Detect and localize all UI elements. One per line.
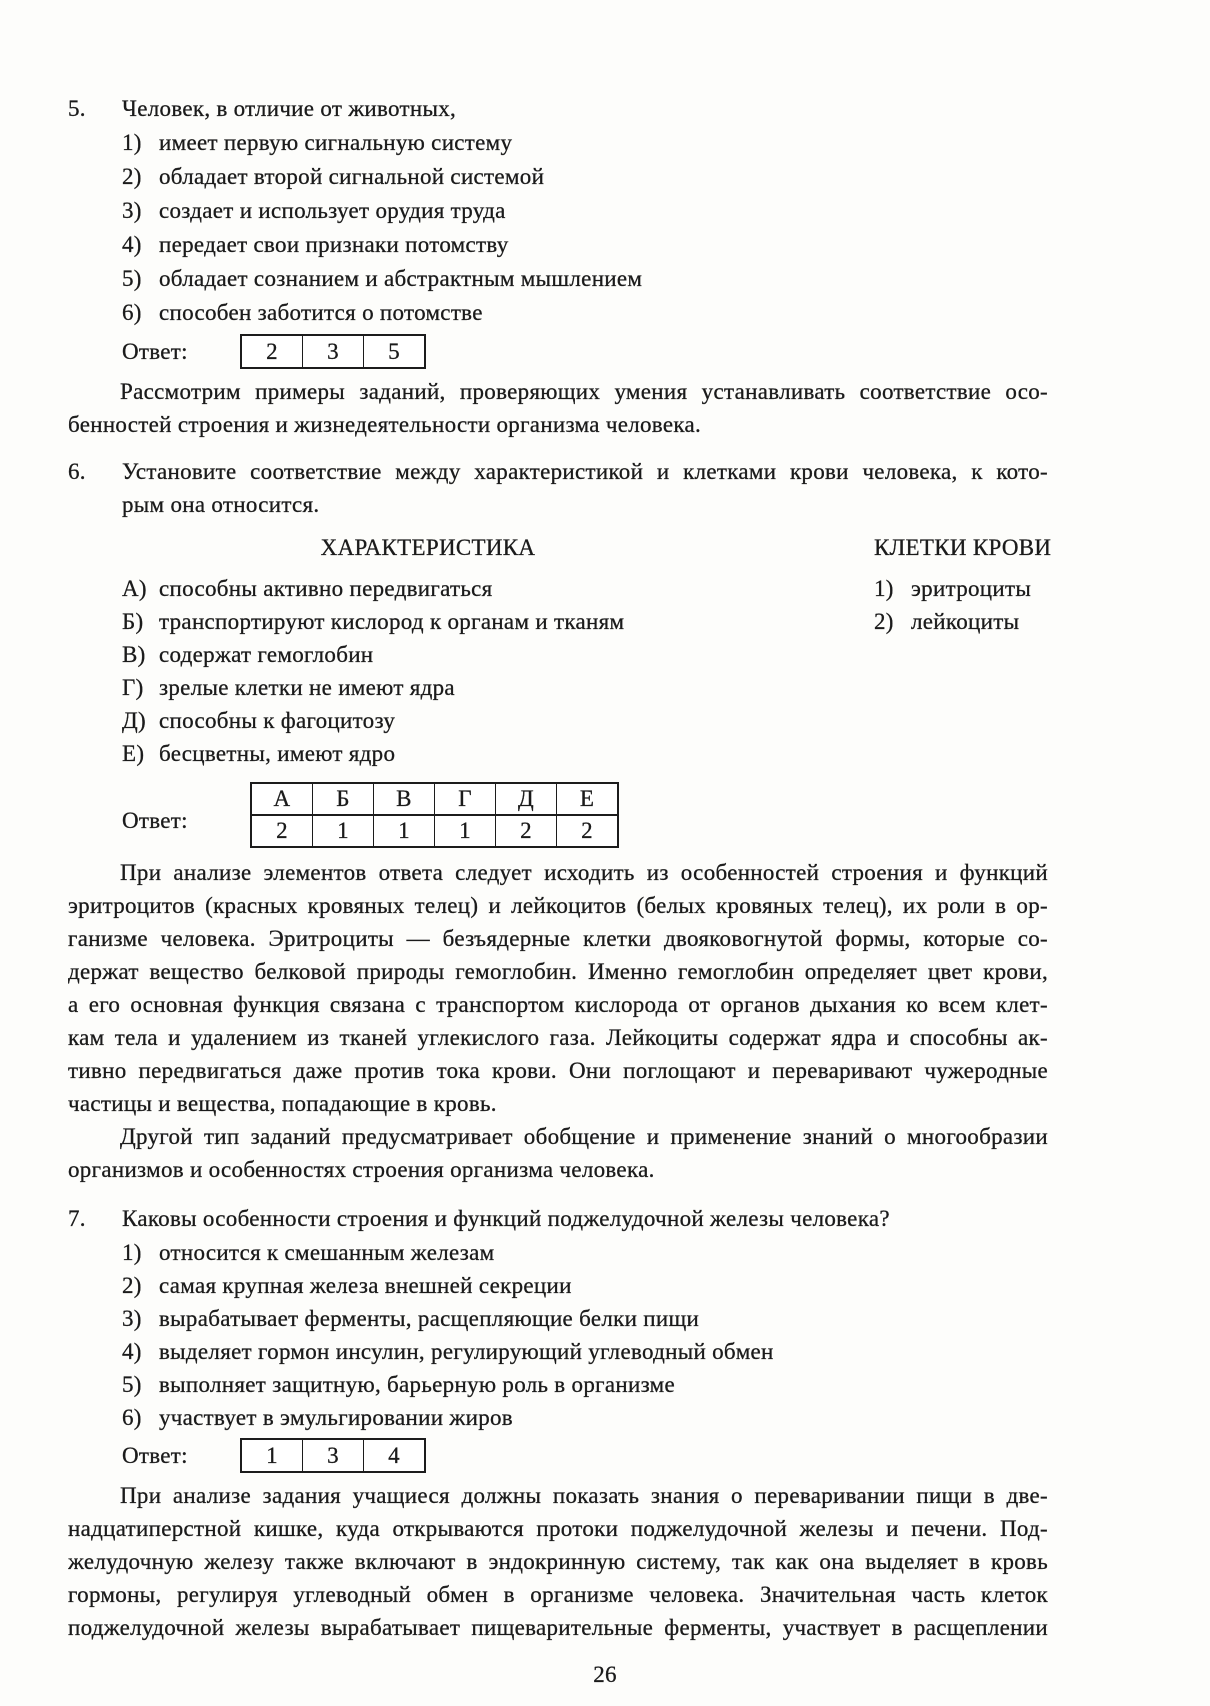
option-number: 3) [122, 1302, 159, 1335]
option-row: Г)зрелые клетки не имеют ядра [122, 671, 874, 704]
option-text: относится к смешанным железам [159, 1236, 495, 1269]
text-line: Другой тип заданий предусматривает обобщ… [68, 1120, 1048, 1153]
option-text: самая крупная железа внешней секреции [159, 1269, 572, 1302]
question-7: 7. Каковы особенности строения и функций… [68, 1202, 1048, 1473]
question-7-stem: Каковы особенности строения и функций по… [122, 1202, 1048, 1236]
option-text: зрелые клетки не имеют ядра [159, 671, 455, 704]
option-row: 1)имеет первую сигнальную систему [122, 126, 1048, 160]
answer-table-header-row: АБВГДЕ [252, 784, 617, 816]
question-7-answer-row: Ответ: 134 [122, 1438, 1048, 1473]
option-text: участвует в эмульгировании жиров [159, 1401, 513, 1434]
question-6-answer-table: АБВГДЕ 211122 [250, 782, 619, 848]
option-row: А)способны активно передвигаться [122, 572, 874, 605]
option-number: 2) [122, 1269, 159, 1302]
matching-columns: ХАРАКТЕРИСТИКА А)способны активно передв… [122, 531, 1048, 770]
matching-right-header: КЛЕТКИ КРОВИ [874, 531, 1051, 564]
option-text: способны активно передвигаться [159, 572, 493, 605]
question-7-number: 7. [68, 1202, 122, 1236]
option-text: вырабатывает ферменты, расщепляющие белк… [159, 1302, 699, 1335]
option-number: 4) [122, 1335, 159, 1368]
text-line: надцатиперстной кишке, куда открываются … [68, 1512, 1048, 1545]
question-6-number: 6. [68, 455, 122, 521]
option-text: содержат гемоглобин [159, 638, 373, 671]
option-row: 5)обладает сознанием и абстрактным мышле… [122, 262, 1048, 296]
option-text: выделяет гормон инсулин, регулирующий уг… [159, 1335, 774, 1368]
text-line: Рассмотрим примеры заданий, проверяющих … [68, 375, 1048, 408]
answer-cell: 5 [364, 336, 424, 367]
option-number: 1) [122, 126, 159, 160]
answer-cell: А [252, 784, 313, 816]
matching-right-column: КЛЕТКИ КРОВИ 1)эритроциты2)лейкоциты [874, 531, 1051, 770]
option-row: 1)относится к смешанным железам [122, 1236, 1048, 1269]
option-number: 1) [874, 572, 911, 605]
option-number: 5) [122, 262, 159, 296]
option-number: Г) [122, 671, 159, 704]
text-line: Установите соответствие между характерис… [122, 455, 1048, 488]
option-number: 6) [122, 296, 159, 330]
question-7-options: 1)относится к смешанным железам2)самая к… [122, 1236, 1048, 1434]
answer-cell: Д [496, 784, 557, 816]
answer-table-value-row: 211122 [252, 816, 617, 846]
option-text: способен заботится о потомстве [159, 296, 483, 330]
option-text: лейкоциты [911, 605, 1019, 638]
paragraph-other-type: Другой тип заданий предусматривает обобщ… [68, 1120, 1048, 1186]
option-number: Б) [122, 605, 159, 638]
option-text: имеет первую сигнальную систему [159, 126, 512, 160]
answer-cell: В [374, 784, 435, 816]
answer-cell: 3 [303, 1440, 364, 1471]
option-row: 4)передает свои признаки потомству [122, 228, 1048, 262]
answer-cell: 2 [496, 816, 557, 846]
question-5-answer-row: Ответ: 235 [122, 334, 1048, 369]
answer-label: Ответ: [122, 1439, 240, 1473]
scanned-book-page: { "labels": { "answer": "Ответ:" }, "pag… [0, 0, 1210, 1706]
option-row: 3)вырабатывает ферменты, расщепляющие бе… [122, 1302, 1048, 1335]
option-text: создает и использует орудия труда [159, 194, 506, 228]
answer-cell: 1 [313, 816, 374, 846]
text-line: кам тела и удалением из тканей углекисло… [68, 1021, 1048, 1054]
question-6: 6. Установите соответствие между характе… [68, 455, 1048, 848]
page-content: 5. Человек, в отличие от животных, 1)име… [0, 0, 1210, 1644]
text-line: ганизме человека. Эритроциты — безъядерн… [68, 922, 1048, 955]
option-number: Е) [122, 737, 159, 770]
option-text: обладает сознанием и абстрактным мышлени… [159, 262, 642, 296]
matching-left-column: ХАРАКТЕРИСТИКА А)способны активно передв… [122, 531, 874, 770]
question-5-answer-box: 235 [240, 334, 426, 369]
option-row: 2)лейкоциты [874, 605, 1051, 638]
option-text: передает свои признаки потомству [159, 228, 509, 262]
option-row: 1)эритроциты [874, 572, 1051, 605]
text-line: тивно передвигаться даже против тока кро… [68, 1054, 1048, 1087]
answer-cell: Е [557, 784, 617, 816]
option-row: 5)выполняет защитную, барьерную роль в о… [122, 1368, 1048, 1401]
page-footer: 26 [0, 1658, 1210, 1691]
option-number: 3) [122, 194, 159, 228]
option-text: обладает второй сигнальной системой [159, 160, 544, 194]
paragraph-intro-matching: Рассмотрим примеры заданий, проверяющих … [68, 375, 1048, 441]
answer-cell: 3 [303, 336, 364, 367]
option-number: 6) [122, 1401, 159, 1434]
option-row: 2)обладает второй сигнальной системой [122, 160, 1048, 194]
answer-cell: 1 [242, 1440, 303, 1471]
option-row: 3)создает и использует орудия труда [122, 194, 1048, 228]
answer-cell: 1 [374, 816, 435, 846]
paragraph-erythrocytes: При анализе элементов ответа следует исх… [68, 856, 1048, 1120]
text-line: а его основная функция связана с транспо… [68, 988, 1048, 1021]
text-line: гормоны, регулируя углеводный обмен в ор… [68, 1578, 1048, 1611]
answer-cell: Б [313, 784, 374, 816]
text-line: При анализе элементов ответа следует исх… [68, 856, 1048, 889]
answer-cell: 2 [557, 816, 617, 846]
question-5-number: 5. [68, 92, 122, 126]
option-number: 1) [122, 1236, 159, 1269]
option-number: А) [122, 572, 159, 605]
question-6-answer-row: Ответ: АБВГДЕ 211122 [122, 782, 1048, 848]
question-7-answer-box: 134 [240, 1438, 426, 1473]
question-5: 5. Человек, в отличие от животных, 1)име… [68, 92, 1048, 369]
option-row: 6)способен заботится о потомстве [122, 296, 1048, 330]
option-number: 5) [122, 1368, 159, 1401]
question-5-stem: Человек, в отличие от животных, [122, 92, 1048, 126]
option-row: В)содержат гемоглобин [122, 638, 874, 671]
page-number: 26 [593, 1658, 617, 1691]
answer-label: Ответ: [122, 804, 250, 838]
option-number: Д) [122, 704, 159, 737]
matching-left-header: ХАРАКТЕРИСТИКА [122, 531, 734, 564]
option-row: Б)транспортируют кислород к органам и тк… [122, 605, 874, 638]
text-line: бенностей строения и жизнедеятельности о… [68, 408, 1048, 441]
text-line: организмов и особенностях строения орган… [68, 1153, 1048, 1186]
matching-left-items: А)способны активно передвигатьсяБ)трансп… [122, 572, 874, 770]
text-line: желудочную железу также включают в эндок… [68, 1545, 1048, 1578]
text-line: эритроцитов (красных кровяных телец) и л… [68, 889, 1048, 922]
option-row: Д)способны к фагоцитозу [122, 704, 874, 737]
option-number: В) [122, 638, 159, 671]
question-5-options: 1)имеет первую сигнальную систему2)облад… [122, 126, 1048, 330]
option-text: способны к фагоцитозу [159, 704, 395, 737]
answer-cell: 4 [364, 1440, 424, 1471]
answer-label: Ответ: [122, 335, 240, 369]
option-text: эритроциты [911, 572, 1031, 605]
answer-cell: 2 [242, 336, 303, 367]
option-text: выполняет защитную, барьерную роль в орг… [159, 1368, 675, 1401]
text-line: держат вещество белковой природы гемогло… [68, 955, 1048, 988]
text-line: рым она относится. [122, 488, 1048, 521]
text-line: частицы и вещества, попадающие в кровь. [68, 1087, 1048, 1120]
option-text: транспортируют кислород к органам и ткан… [159, 605, 624, 638]
option-row: 4)выделяет гормон инсулин, регулирующий … [122, 1335, 1048, 1368]
option-number: 2) [122, 160, 159, 194]
option-number: 4) [122, 228, 159, 262]
option-row: Е)бесцветны, имеют ядро [122, 737, 874, 770]
option-row: 2)самая крупная железа внешней секреции [122, 1269, 1048, 1302]
answer-cell: Г [435, 784, 496, 816]
text-line: поджелудочной железы вырабатывает пищева… [68, 1611, 1048, 1644]
answer-cell: 2 [252, 816, 313, 846]
paragraph-pancreas: При анализе задания учащиеся должны пока… [68, 1479, 1048, 1644]
text-line: При анализе задания учащиеся должны пока… [68, 1479, 1048, 1512]
answer-cell: 1 [435, 816, 496, 846]
option-text: бесцветны, имеют ядро [159, 737, 395, 770]
option-row: 6)участвует в эмульгировании жиров [122, 1401, 1048, 1434]
question-6-stem: Установите соответствие между характерис… [122, 455, 1048, 521]
option-number: 2) [874, 605, 911, 638]
matching-right-items: 1)эритроциты2)лейкоциты [874, 572, 1051, 638]
